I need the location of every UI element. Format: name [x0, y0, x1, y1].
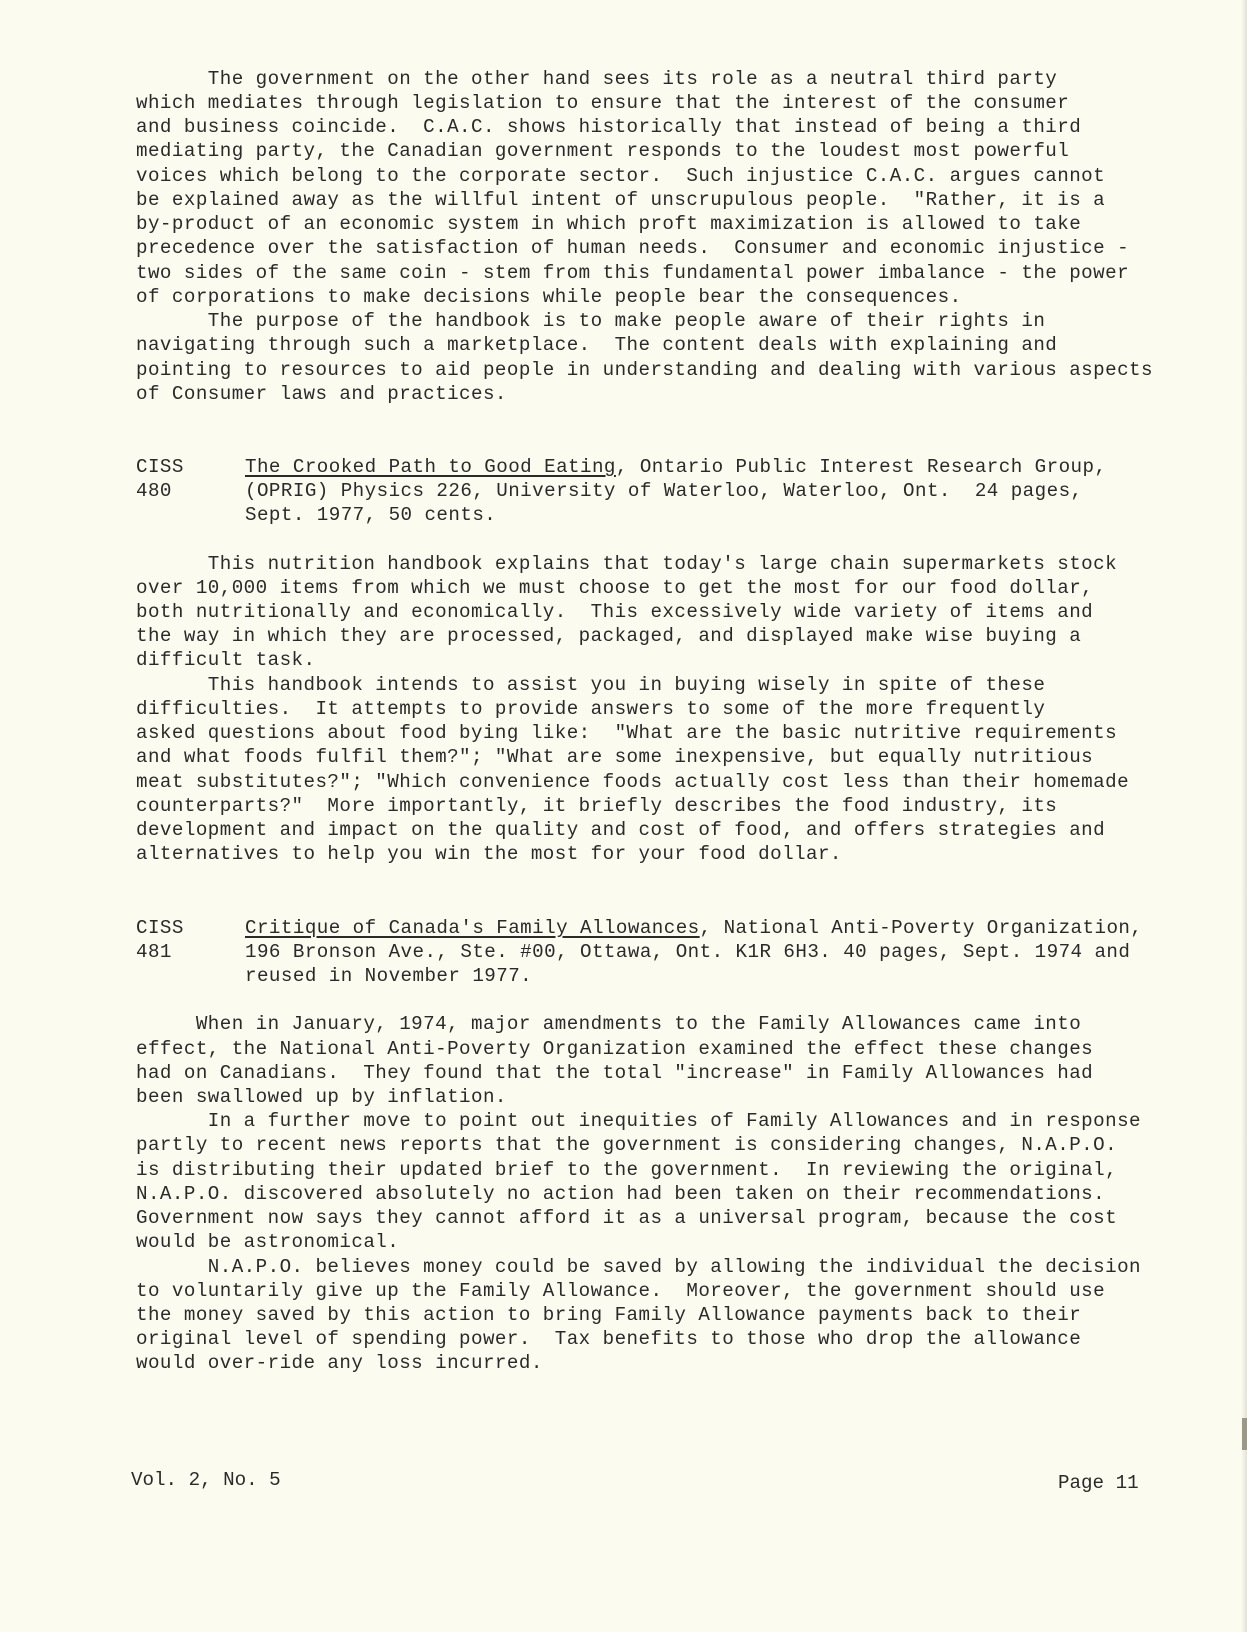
- text-line: pointing to resources to aid people in u…: [136, 358, 1153, 382]
- text-line: and what foods fulfil them?"; "What are …: [136, 745, 1093, 769]
- text-line: two sides of the same coin - stem from t…: [136, 261, 1129, 285]
- footer-volume: Vol. 2, No. 5: [131, 1468, 281, 1492]
- text-line: would be astronomical.: [136, 1230, 399, 1254]
- text-line: alternatives to help you win the most fo…: [136, 842, 842, 866]
- text-line: had on Canadians. They found that the to…: [136, 1061, 1093, 1085]
- text-line: development and impact on the quality an…: [136, 818, 1105, 842]
- text-line: When in January, 1974, major amendments …: [136, 1012, 1081, 1036]
- text-line: both nutritionally and economically. Thi…: [136, 600, 1093, 624]
- entry-citation-line-1: The Crooked Path to Good Eating, Ontario…: [245, 455, 1106, 479]
- text-line: The purpose of the handbook is to make p…: [136, 309, 1045, 333]
- text-line: In a further move to point out inequitie…: [136, 1109, 1141, 1133]
- entry-citation-line-2: 196 Bronson Ave., Ste. #00, Ottawa, Ont.…: [245, 940, 1130, 964]
- text-line: Government now says they cannot afford i…: [136, 1206, 1117, 1230]
- text-line: difficulties. It attempts to provide ans…: [136, 697, 1045, 721]
- entry-code-number: 480: [136, 479, 172, 503]
- text-line: N.A.P.O. discovered absolutely no action…: [136, 1182, 1105, 1206]
- text-line: effect, the National Anti-Poverty Organi…: [136, 1037, 1093, 1061]
- text-line: mediating party, the Canadian government…: [136, 139, 1069, 163]
- page-edge-mark: [1242, 1418, 1247, 1450]
- text-line: navigating through such a marketplace. T…: [136, 333, 1057, 357]
- text-line: This handbook intends to assist you in b…: [136, 673, 1045, 697]
- text-line: is distributing their updated brief to t…: [136, 1158, 1117, 1182]
- entry-code-label: CISS: [136, 916, 184, 940]
- text-line: the way in which they are processed, pac…: [136, 624, 1081, 648]
- text-line: of Consumer laws and practices.: [136, 382, 507, 406]
- text-line: of corporations to make decisions while …: [136, 285, 962, 309]
- text-line: difficult task.: [136, 648, 315, 672]
- footer-page-number: Page 11: [1058, 1471, 1139, 1495]
- entry-title: The Crooked Path to Good Eating: [245, 456, 616, 478]
- text-line: and business coincide. C.A.C. shows hist…: [136, 115, 1081, 139]
- text-line: be explained away as the willful intent …: [136, 188, 1105, 212]
- text-line: voices which belong to the corporate sec…: [136, 164, 1105, 188]
- entry-publisher: , National Anti-Poverty Organization,: [700, 917, 1143, 939]
- text-line: original level of spending power. Tax be…: [136, 1327, 1081, 1351]
- entry-citation-line-2: (OPRIG) Physics 226, University of Water…: [245, 479, 1083, 503]
- text-line: partly to recent news reports that the g…: [136, 1133, 1117, 1157]
- entry-publisher: , Ontario Public Interest Research Group…: [616, 456, 1107, 478]
- entry-citation-line-3: Sept. 1977, 50 cents.: [245, 503, 496, 527]
- text-line: over 10,000 items from which we must cho…: [136, 576, 1093, 600]
- document-page: The government on the other hand sees it…: [0, 0, 1247, 1632]
- text-line: which mediates through legislation to en…: [136, 91, 1069, 115]
- text-line: N.A.P.O. believes money could be saved b…: [136, 1255, 1141, 1279]
- text-line: meat substitutes?"; "Which convenience f…: [136, 770, 1129, 794]
- text-line: to voluntarily give up the Family Allowa…: [136, 1279, 1105, 1303]
- text-line: by-product of an economic system in whic…: [136, 212, 1081, 236]
- entry-citation-line-3: reused in November 1977.: [245, 964, 532, 988]
- text-line: would over-ride any loss incurred.: [136, 1351, 543, 1375]
- text-line: This nutrition handbook explains that to…: [136, 552, 1117, 576]
- entry-citation-line-1: Critique of Canada's Family Allowances, …: [245, 916, 1142, 940]
- text-line: the money saved by this action to bring …: [136, 1303, 1081, 1327]
- entry-code-number: 481: [136, 940, 172, 964]
- text-line: been swallowed up by inflation.: [136, 1085, 507, 1109]
- text-line: The government on the other hand sees it…: [136, 67, 1057, 91]
- page-edge-shadow: [1241, 0, 1247, 1632]
- text-line: counterparts?" More importantly, it brie…: [136, 794, 1057, 818]
- text-line: asked questions about food bying like: "…: [136, 721, 1117, 745]
- entry-code-label: CISS: [136, 455, 184, 479]
- text-line: precedence over the satisfaction of huma…: [136, 236, 1129, 260]
- entry-title: Critique of Canada's Family Allowances: [245, 917, 700, 939]
